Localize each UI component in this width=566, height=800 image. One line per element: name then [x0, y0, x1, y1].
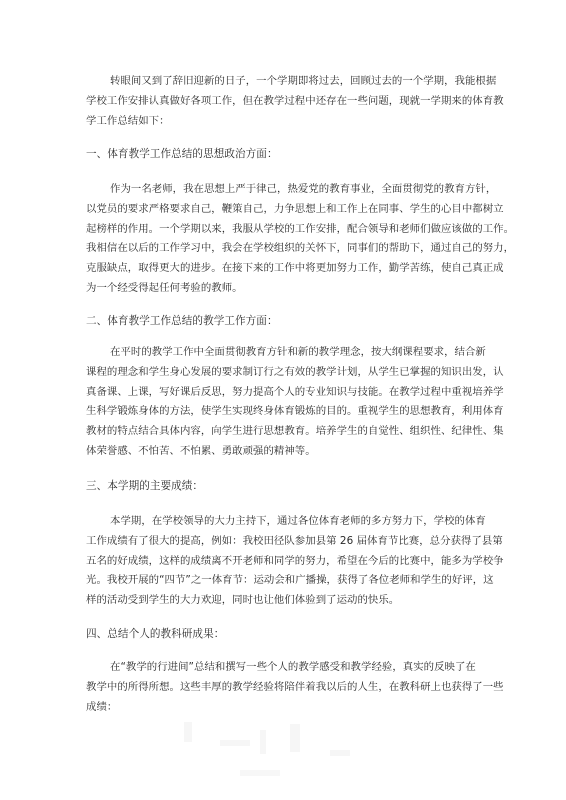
paragraph-line: 五名的好成绩，这样的成绩离不开老师和同学的努力，希望在今后的比赛中，能多为学校争: [86, 552, 482, 572]
section-heading-3: 三、本学期的主要成绩：: [86, 477, 482, 497]
paragraph-line: 我相信在以后的工作学习中，我会在学校组织的关怀下，同事们的帮助下，通过自己的努力…: [86, 239, 482, 259]
section-paragraph-3: 本学期，在学校领导的大力主持下，通过各位体育老师的多方努力下，学校的体育 工作成…: [86, 512, 482, 611]
paragraph-line: 成绩：: [86, 698, 482, 718]
paragraph-line: 学工作总结如下：: [86, 112, 482, 132]
intro-paragraph: 转眼间又到了辞旧迎新的日子，一个学期即将过去，回顾过去的一个学期，我能根据 学校…: [86, 72, 482, 131]
section-heading: 一、体育教学工作总结的思想政治方面：: [86, 145, 482, 165]
paragraph-line: 克服缺点，取得更大的进步。在接下来的工作中将更加努力工作，勤学苦练，使自己真正成: [86, 259, 482, 279]
paragraph-line: 在“教学的行进间”总结和撰写一些个人的教学感受和教学经验，真实的反映了在: [86, 658, 482, 678]
section-paragraph-2: 在平时的教学工作中全面贯彻教育方针和新的教学理念，按大纲课程要求，结合新 课程的…: [86, 343, 482, 462]
paragraph-line: 作为一名老师，我在思想上严于律己，热爱党的教育事业，全面贯彻党的教育方针，: [86, 180, 482, 200]
paragraph-line: 课程的理念和学生身心发展的要求制订行之有效的教学计划，从学生已掌握的知识出发，认: [86, 363, 482, 383]
paragraph-line: 光。我校开展的“四节”之一体育节：运动会和广播操，获得了各位老师和学生的好评，这: [86, 571, 482, 591]
paragraph-line: 起榜样的作用。一个学期以来，我服从学校的工作安排，配合领导和老师们做应该做的工作…: [86, 220, 482, 240]
watermark: [180, 720, 380, 800]
section-heading-2: 二、体育教学工作总结的教学工作方面：: [86, 312, 482, 332]
section-heading: 二、体育教学工作总结的教学工作方面：: [86, 312, 482, 332]
paragraph-line: 转眼间又到了辞旧迎新的日子，一个学期即将过去，回顾过去的一个学期，我能根据: [86, 72, 482, 92]
paragraph-line: 工作成绩有了很大的提高，例如：我校田径队参加县第 26 届体育节比赛，总分获得了…: [86, 532, 482, 552]
section-heading-4: 四、总结个人的教科研成果：: [86, 625, 482, 645]
document-page: 转眼间又到了辞旧迎新的日子，一个学期即将过去，回顾过去的一个学期，我能根据 学校…: [0, 0, 566, 800]
paragraph-line: 教材的特点结合具体内容，向学生进行思想教育。培养学生的自觉性、组织性、纪律性、集: [86, 422, 482, 442]
section-heading: 四、总结个人的教科研成果：: [86, 625, 482, 645]
paragraph-line: 学校工作安排认真做好各项工作，但在教学过程中还存在一些问题，现就一学期来的体育教: [86, 92, 482, 112]
section-heading: 三、本学期的主要成绩：: [86, 477, 482, 497]
paragraph-line: 样的活动受到学生的大力欢迎，同时也让他们体验到了运动的快乐。: [86, 591, 482, 611]
paragraph-line: 教学中的所得所想。这些丰厚的教学经验将陪伴着我以后的人生，在教科研上也获得了一些: [86, 678, 482, 698]
section-paragraph-4: 在“教学的行进间”总结和撰写一些个人的教学感受和教学经验，真实的反映了在 教学中…: [86, 658, 482, 717]
paragraph-line: 在平时的教学工作中全面贯彻教育方针和新的教学理念，按大纲课程要求，结合新: [86, 343, 482, 363]
section-paragraph-1: 作为一名老师，我在思想上严于律己，热爱党的教育事业，全面贯彻党的教育方针， 以党…: [86, 180, 482, 299]
paragraph-line: 本学期，在学校领导的大力主持下，通过各位体育老师的多方努力下，学校的体育: [86, 512, 482, 532]
paragraph-line: 为一个经受得起任何考验的教师。: [86, 279, 482, 299]
paragraph-line: 以党员的要求严格要求自己，鞭策自己，力争思想上和工作上在同事、学生的心目中都树立: [86, 200, 482, 220]
paragraph-line: 体荣誉感、不怕苦、不怕累、勇敢顽强的精神等。: [86, 442, 482, 462]
paragraph-line: 真备课、上课，写好课后反思，努力提高个人的专业知识与技能。在教学过程中重视培养学: [86, 383, 482, 403]
section-heading-1: 一、体育教学工作总结的思想政治方面：: [86, 145, 482, 165]
paragraph-line: 生科学锻炼身体的方法，使学生实现终身体育锻炼的目的。重视学生的思想教育，利用体育: [86, 402, 482, 422]
